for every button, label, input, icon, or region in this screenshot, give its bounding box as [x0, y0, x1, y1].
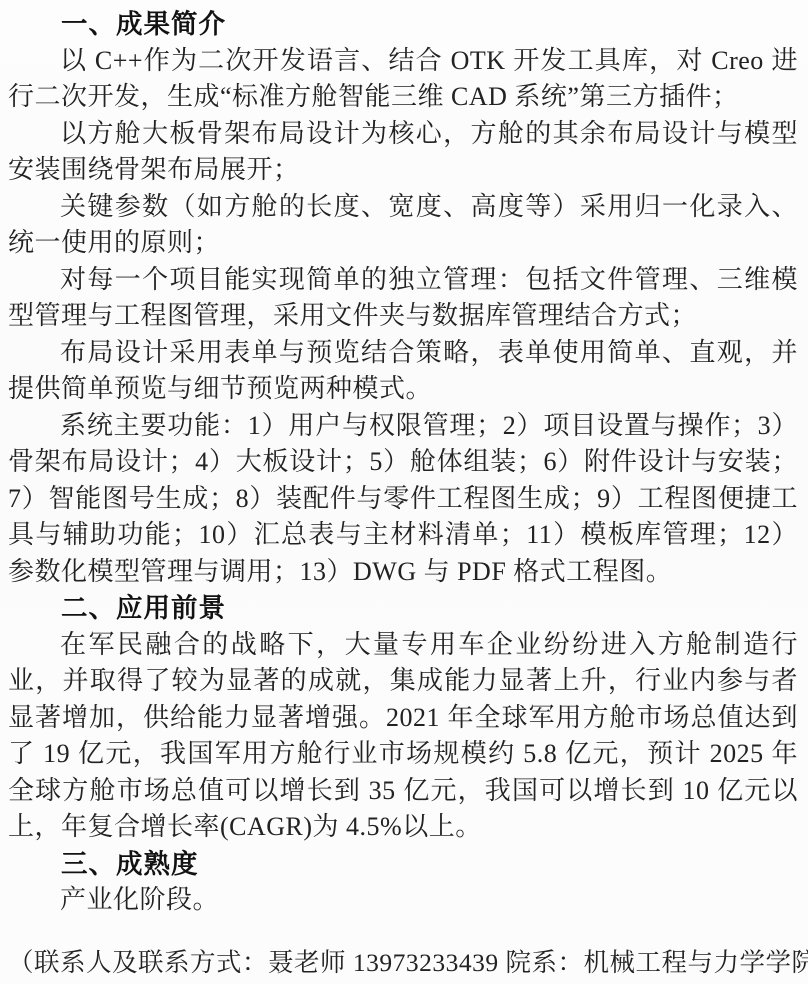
paragraph-development-language: 以 C++作为二次开发语言、结合 OTK 开发工具库，对 Creo 进行二次开发…: [8, 43, 798, 116]
paragraph-key-parameters: 关键参数（如方舱的长度、宽度、高度等）采用归一化录入、统一使用的原则；: [8, 189, 798, 262]
section-heading-application-prospects: 二、应用前景: [8, 590, 798, 627]
paragraph-system-main-functions: 系统主要功能：1）用户与权限管理；2）项目设置与操作；3）骨架布局设计；4）大板…: [8, 408, 798, 591]
paragraph-skeleton-layout-core: 以方舱大板骨架布局设计为核心，方舱的其余布局设计与模型安装围绕骨架布局展开；: [8, 116, 798, 189]
paragraph-maturity-stage: 产业化阶段。: [8, 882, 798, 919]
paragraph-layout-design-strategy: 布局设计采用表单与预览结合策略，表单使用简单、直观，并提供简单预览与细节预览两种…: [8, 335, 798, 408]
paragraph-market-prospects: 在军民融合的战略下，大量专用车企业纷纷进入方舱制造行业，并取得了较为显著的成就，…: [8, 627, 798, 846]
document-page: 一、成果简介 以 C++作为二次开发语言、结合 OTK 开发工具库，对 Creo…: [0, 0, 808, 984]
section-heading-maturity: 三、成熟度: [8, 846, 798, 883]
paragraph-project-management: 对每一个项目能实现简单的独立管理：包括文件管理、三维模型管理与工程图管理，采用文…: [8, 262, 798, 335]
section-heading-achievement-intro: 一、成果简介: [8, 6, 798, 43]
contact-info-line: （联系人及联系方式：聂老师 13973233439 院系：机械工程与力学学院）: [8, 945, 798, 982]
